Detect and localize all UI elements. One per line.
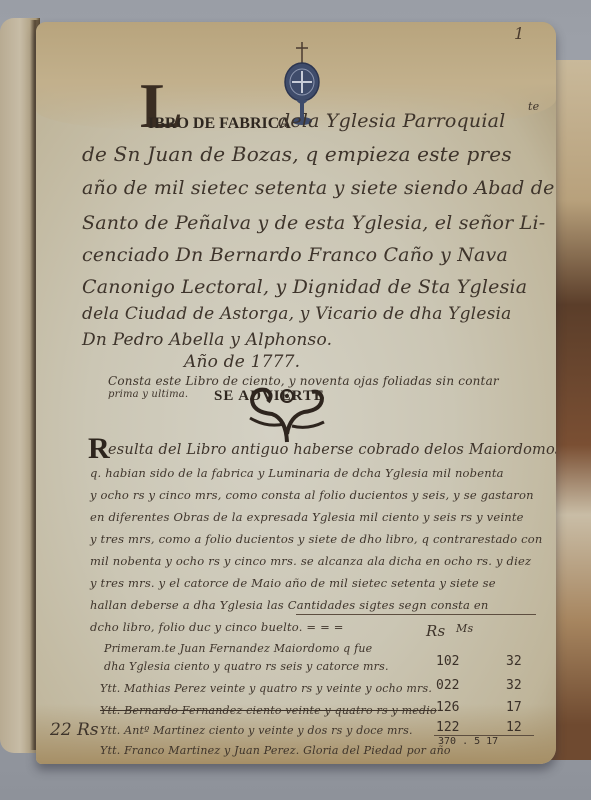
intro-line: Santo de Peñalva y de esta Yglesia, el s… (82, 212, 545, 234)
body-line: q. habian sido de la fabrica y Luminaria… (90, 466, 504, 480)
ledger-maravedis: 12 (506, 720, 522, 735)
ledger-entry-text: Ytt. Mathias Perez veinte y quatro rs y … (100, 682, 432, 695)
body-line: mil nobenta y ocho rs y cinco mrs. se al… (90, 554, 531, 568)
decorated-initial-R: R (88, 434, 110, 464)
ledger-header-maravedis: Ms (456, 622, 473, 635)
year-line: Año de 1777. (184, 352, 300, 372)
ledger-entry-text: Ytt. Bernardo Fernandez ciento veinte y … (100, 704, 437, 717)
intro-line: Canonigo Lectoral, y Dignidad de Sta Ygl… (82, 276, 527, 298)
intro-line: Dn Pedro Abella y Alphonso. (82, 330, 332, 350)
ledger-header-reales: Rs (426, 622, 445, 640)
ledger-reales: 126 (436, 700, 459, 715)
ledger-reales: 022 (436, 678, 459, 693)
intro-line: de Sn Juan de Bozas, q empieza este pres (82, 142, 512, 166)
folio-number: 1 (514, 24, 524, 43)
intro-line: cenciado Dn Bernardo Franco Caño y Nava (82, 244, 508, 266)
title-rest: dela Yglesia Parroquial (278, 110, 505, 132)
ledger-reales: 122 (436, 720, 459, 735)
title-caps: IBRO DE FABRICA (148, 115, 291, 133)
ledger-reales: 102 (436, 654, 459, 669)
intro-line: año de mil sietec setenta y siete siendo… (82, 177, 555, 199)
underline-rule (296, 614, 536, 615)
ledger-maravedis: 32 (506, 678, 522, 693)
body-line: y ocho rs y cinco mrs, como consta al fo… (90, 488, 534, 502)
intro-line: dela Ciudad de Astorga, y Vicario de dha… (82, 304, 511, 324)
ledger-entry-text: Primeram.te Juan Fernandez Maiordomo q f… (104, 642, 372, 655)
body-line: dcho libro, folio duc y cinco buelto. = … (90, 620, 344, 634)
body-line: en diferentes Obras de la expresada Ygle… (90, 510, 524, 524)
ledger-entry-text: Ytt. Franco Martinez y Juan Perez. Glori… (100, 744, 451, 757)
ledger-entry-text: dha Yglesia ciento y quatro rs seis y ca… (104, 660, 389, 673)
body-line: y tres mrs. y el catorce de Maio año de … (90, 576, 496, 590)
note-line: prima y ultima. (108, 389, 188, 400)
body-line: esulta del Libro antiguo haberse cobrado… (108, 442, 556, 458)
flourish-ornament-icon (242, 384, 332, 444)
ledger-entry-text: Ytt. Antº Martinez ciento y veinte y dos… (100, 724, 413, 737)
body-line: hallan deberse a dha Yglesia las Cantida… (90, 598, 489, 612)
ledger-maravedis: 32 (506, 654, 522, 669)
body-line: y tres mrs, como a folio ducientos y sie… (90, 532, 543, 546)
ledger-maravedis: 17 (506, 700, 522, 715)
title-superscript: te (528, 100, 539, 113)
margin-note: 22 Rs (50, 720, 99, 740)
manuscript-page: 1 L IBRO DE FABRICA dela Yglesia Parroqu… (36, 22, 556, 764)
